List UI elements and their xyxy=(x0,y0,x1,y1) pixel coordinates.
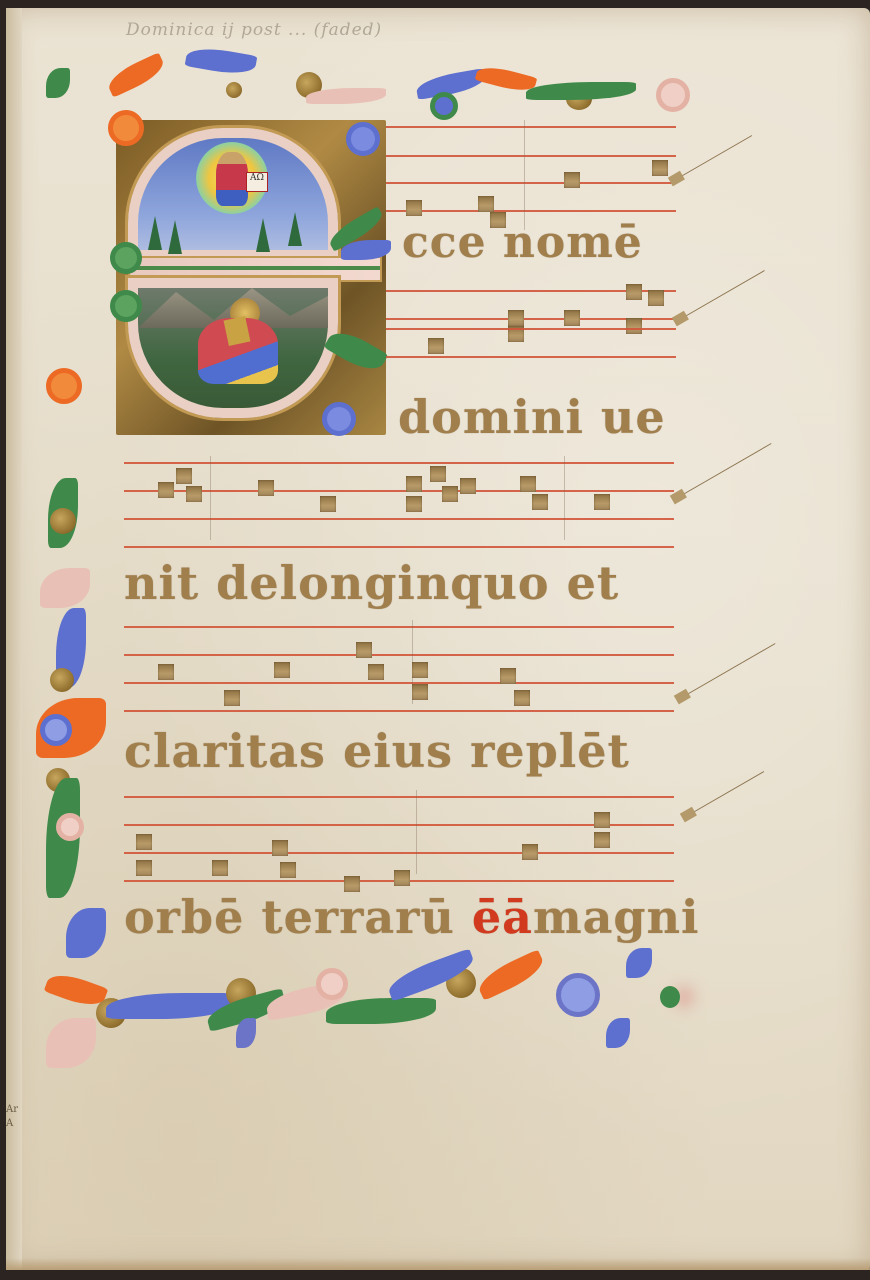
gold-bezant-icon xyxy=(50,668,74,692)
neume-note xyxy=(356,642,372,658)
neume-note xyxy=(626,284,642,300)
neume-note xyxy=(136,860,152,876)
blue-scroll-icon xyxy=(556,973,600,1017)
pink-scroll-icon xyxy=(656,78,690,112)
neume-note xyxy=(594,832,610,848)
custos-stroke xyxy=(678,270,765,321)
lyric-line-2: domini ue xyxy=(398,392,666,442)
staff-2 xyxy=(124,456,674,540)
lyric-text: magni xyxy=(533,890,700,944)
manuscript-page: Dominica ij post ... (faded) Ar A AΩ xyxy=(6,8,870,1270)
blue-swirl-icon xyxy=(40,714,72,746)
green-acanthus-swirl-icon xyxy=(110,290,142,322)
pink-leaf-icon xyxy=(306,88,386,104)
cypress-tree-icon xyxy=(288,212,302,246)
orange-leaf-icon xyxy=(104,52,168,97)
staff-1b xyxy=(386,316,676,376)
page-bottom-edge xyxy=(6,1258,870,1270)
neume-note xyxy=(532,494,548,510)
blue-bellflower-icon xyxy=(236,1018,256,1048)
lower-scene-prophet xyxy=(128,278,338,418)
top-margin-note: Dominica ij post ... (faded) xyxy=(126,20,382,40)
green-bud-icon xyxy=(46,68,70,98)
neume-note xyxy=(500,668,516,684)
neume-note xyxy=(594,494,610,510)
custos-stroke xyxy=(686,771,764,817)
cypress-tree-icon xyxy=(168,220,182,254)
neume-note xyxy=(406,496,422,512)
custos-stroke xyxy=(680,643,776,699)
god-figure xyxy=(216,152,248,206)
green-acanthus-swirl-icon xyxy=(110,242,142,274)
orange-leaf-icon xyxy=(474,949,548,1000)
neume-note xyxy=(594,812,610,828)
neume-note xyxy=(412,684,428,700)
green-leaf-icon xyxy=(526,82,636,100)
neume-note xyxy=(412,662,428,678)
neume-note xyxy=(176,468,192,484)
neume-note xyxy=(224,690,240,706)
neume-note xyxy=(158,482,174,498)
lyric-line-4: claritas eius replēt xyxy=(124,726,630,776)
blue-leaf-icon xyxy=(66,908,106,958)
orange-swirl-icon xyxy=(46,368,82,404)
neume-note xyxy=(442,486,458,502)
green-leaf-icon xyxy=(326,998,436,1024)
pink-leaf-icon xyxy=(46,1018,96,1068)
custos-stroke xyxy=(674,135,752,181)
neume-note xyxy=(430,466,446,482)
blue-acanthus-swirl-icon xyxy=(322,402,356,436)
neume-note xyxy=(478,196,494,212)
green-swirl-icon xyxy=(430,92,458,120)
neume-note xyxy=(522,844,538,860)
blue-bellflower-icon xyxy=(626,948,652,978)
lyric-line-5: orbē terrarū ēāmagni xyxy=(124,892,700,942)
neume-note xyxy=(258,480,274,496)
neume-note xyxy=(186,486,202,502)
rubric-abbreviation: ēā xyxy=(472,890,533,944)
neume-note xyxy=(368,664,384,680)
lyric-text: orbē terrarū xyxy=(124,890,472,944)
pink-scroll-icon xyxy=(316,968,348,1000)
blue-bellflower-icon xyxy=(606,1018,630,1048)
neume-note xyxy=(136,834,152,850)
pink-swirl-icon xyxy=(56,813,84,841)
blue-flower-icon xyxy=(185,44,258,78)
upper-scene-god-the-father: AΩ xyxy=(128,128,338,260)
blue-acanthus-swirl-icon xyxy=(346,122,380,156)
lyric-line-3: nit delonginquo et xyxy=(124,558,619,608)
gold-bezant-icon xyxy=(50,508,76,534)
alpha-omega-book: AΩ xyxy=(246,172,268,192)
illuminated-initial-e: AΩ xyxy=(116,120,386,435)
binding-gutter xyxy=(6,8,22,1270)
staff-4 xyxy=(124,790,674,874)
lyric-line-1: cce nomē xyxy=(402,218,643,268)
neume-note xyxy=(280,862,296,878)
neume-note xyxy=(652,160,668,176)
pink-leaf-icon xyxy=(40,568,90,608)
neume-note xyxy=(320,496,336,512)
side-margin-note: Ar A xyxy=(6,1103,20,1131)
cypress-tree-icon xyxy=(256,218,270,252)
neume-note xyxy=(648,290,664,306)
neume-note xyxy=(514,690,530,706)
neume-note xyxy=(460,478,476,494)
neume-note xyxy=(158,664,174,680)
custos-stroke xyxy=(676,443,772,499)
neume-note xyxy=(406,476,422,492)
neume-note xyxy=(406,200,422,216)
orange-acanthus-swirl-icon xyxy=(108,110,144,146)
staff-3 xyxy=(124,620,674,704)
gold-bezant-icon xyxy=(226,82,242,98)
neume-note xyxy=(564,172,580,188)
neume-note xyxy=(394,870,410,886)
thistle-flower-icon xyxy=(660,986,680,1008)
neume-note xyxy=(520,476,536,492)
neume-note xyxy=(212,860,228,876)
neume-note xyxy=(272,840,288,856)
cypress-tree-icon xyxy=(148,216,162,250)
neume-note xyxy=(274,662,290,678)
